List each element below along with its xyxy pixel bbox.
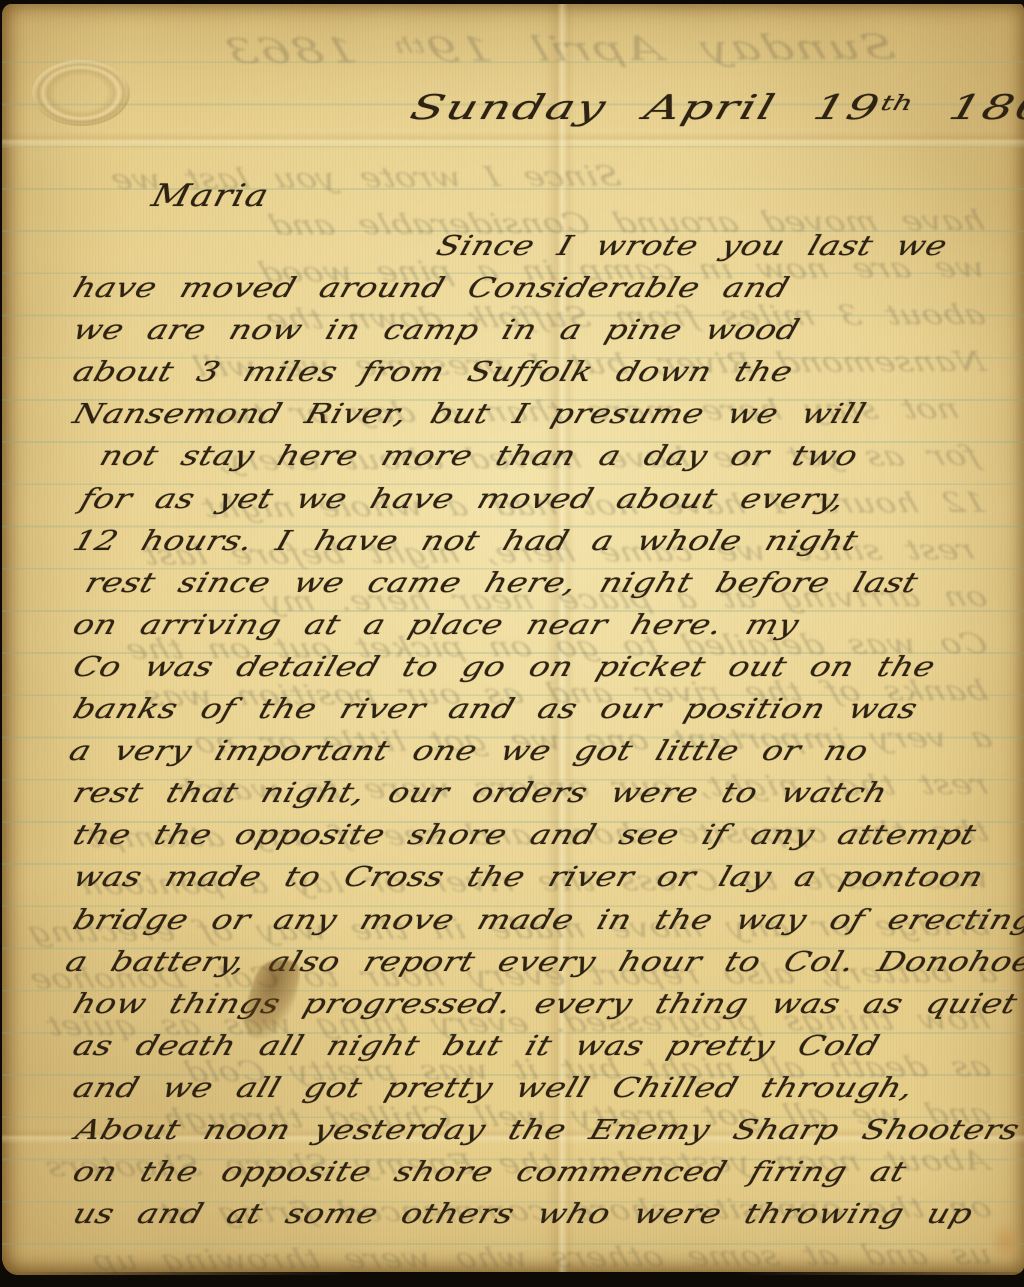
letter-line: on arriving at a place near here. my [66, 609, 1024, 651]
letter-line: and we all got pretty well Chilled throu… [66, 1072, 1024, 1114]
letter-line: Co was detailed to go on picket out on t… [66, 651, 1024, 693]
letter-line: us and at some others who were throwing … [66, 1198, 1024, 1240]
dateline-day-month: Sunday April 19 [406, 88, 885, 128]
letter-line: not stay here more than a day or two [93, 440, 1024, 482]
letter-line: how things progressed. every thing was a… [66, 988, 1024, 1030]
letter-line: have moved around Considerable and [66, 272, 1024, 314]
letter-line: about 3 miles from Suffolk down the [66, 356, 1024, 398]
letter-paper: Sunday April 19th 1863 Since I wrote you… [2, 4, 1024, 1275]
letter-line: Since I wrote you last we [430, 230, 1024, 272]
letter-line: bridge or any move made in the way of er… [66, 904, 1024, 946]
letter-scan: Sunday April 19th 1863 Since I wrote you… [0, 0, 1024, 1287]
letter-line: the the opposite shore and see if any at… [66, 819, 1024, 861]
letter-lines: Since I wrote you last wehave moved arou… [66, 230, 1024, 1240]
dateline-ordinal: th [878, 91, 916, 115]
letter-line: rest since we came here, night before la… [78, 567, 1024, 609]
letter-line: on the opposite shore commenced firing a… [66, 1156, 1024, 1198]
letter-line: Since I wrote you last we [16, 153, 627, 204]
dateline-year: 1863 [945, 88, 1024, 128]
bleed-dateline: Sunday April 19th 1863 [219, 27, 900, 72]
letter-line: a very important one we got little or no [62, 735, 1024, 777]
letter-line: as death all night but it was pretty Col… [66, 1030, 1024, 1072]
letter-line: was made to Cross the river or lay a pon… [66, 861, 1024, 903]
paper-stain [984, 1216, 1024, 1268]
letter-line: rest that night, our orders were to watc… [66, 777, 1024, 819]
letter-line: for as yet we have moved about every, [73, 483, 1024, 525]
letter-line: a battery, also report every hour to Col… [59, 946, 1024, 988]
scan-edge-bottom [0, 1272, 1024, 1287]
dateline: Sunday April 19th 1863 [406, 88, 1024, 128]
letter-line: About noon yesterday the Enemy Sharp Sho… [68, 1114, 1024, 1156]
letter-line: banks of the river and as our position w… [66, 693, 1024, 735]
letter-line: 12 hours. I have not had a whole night [66, 525, 1024, 567]
letter-line: we are now in camp in a pine wood [66, 314, 1024, 356]
letter-line: Nansemond River, but I presume we will [66, 398, 1024, 440]
salutation: Maria [148, 178, 273, 214]
